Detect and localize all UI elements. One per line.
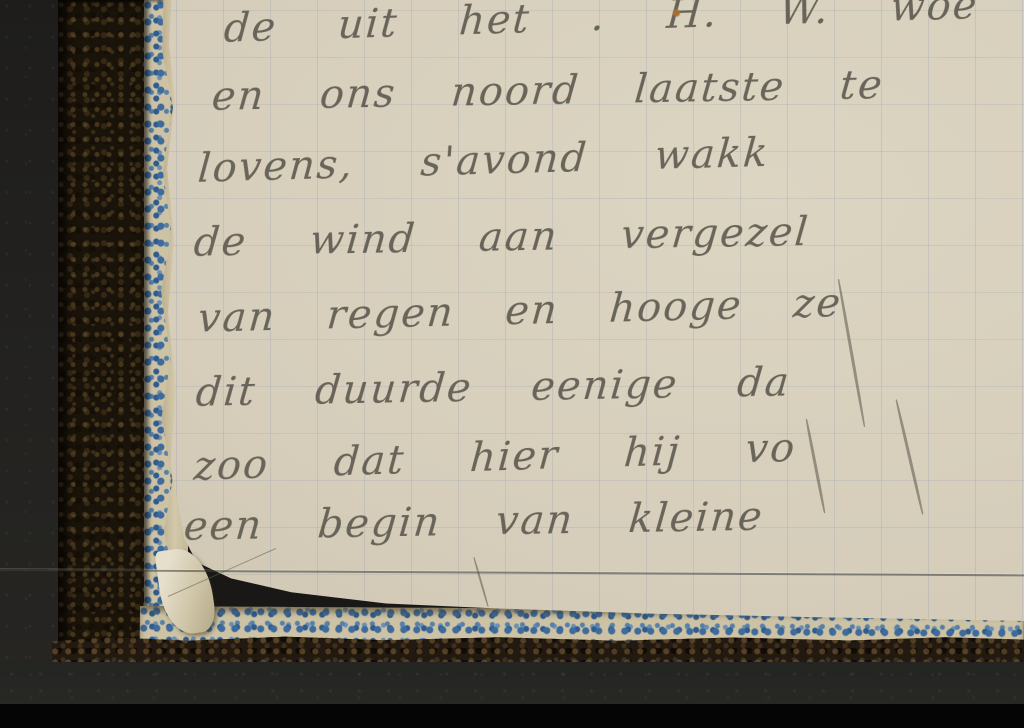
pen-descender-stroke bbox=[473, 557, 489, 608]
handwritten-line-1: de uit het . H. W. woe bbox=[222, 0, 980, 52]
photographed-notebook-scene: de uit het . H. W. woe en ons noord laat… bbox=[0, 0, 1024, 728]
pen-flourish-stroke bbox=[805, 419, 826, 514]
handwritten-line-6: dit duurde eenige da bbox=[194, 360, 793, 416]
black-photo-margin bbox=[0, 704, 1024, 728]
handwritten-line-4: de wind aan vergezel bbox=[192, 209, 811, 266]
pen-flourish-stroke bbox=[837, 279, 866, 427]
handwritten-line-7: zoo dat hier hij vo bbox=[192, 425, 798, 490]
handwritten-line-3: lovens, s'avond wakk bbox=[196, 130, 771, 192]
background-shadow-band bbox=[0, 662, 1024, 708]
foxing-spot bbox=[672, 9, 681, 17]
squared-notebook-page: de uit het . H. W. woe en ons noord laat… bbox=[162, 0, 1024, 626]
handwritten-line-5: van regen en hooge ze bbox=[196, 280, 844, 342]
pen-flourish-stroke bbox=[895, 399, 924, 515]
handwritten-line-8: een begin van kleine bbox=[182, 494, 766, 550]
handwritten-line-2: en ons noord laatste te bbox=[210, 62, 886, 120]
